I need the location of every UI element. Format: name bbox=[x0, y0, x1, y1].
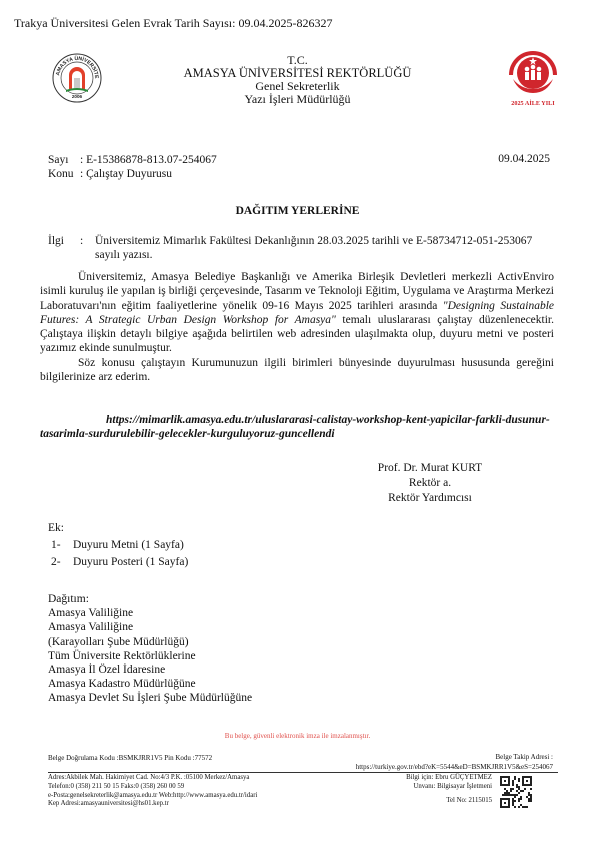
reference: İlgi : Üniversitemiz Mimarlık Fakültesi … bbox=[48, 234, 548, 262]
e-signature-note: Bu belge, güvenli elektronik imza ile im… bbox=[0, 732, 595, 740]
body-paragraph-2: Söz konusu çalıştayın Kurumunuzun ilgili… bbox=[40, 356, 554, 385]
distribution-list: Dağıtım: Amasya Valiliğine Amasya Valili… bbox=[48, 592, 252, 706]
attachment-item: 2-Duyuru Posteri (1 Sayfa) bbox=[48, 554, 188, 571]
distribution-item: Amasya Kadastro Müdürlüğüne bbox=[48, 677, 252, 691]
ilgi-text: Üniversitemiz Mimarlık Fakültesi Dekanlı… bbox=[95, 234, 548, 262]
verification-code: Belge Doğrulama Kodu :BSMKJRR1V5 Pin Kod… bbox=[48, 754, 212, 762]
phone-line: Telefon:0 (358) 211 50 15 Faks:0 (358) 2… bbox=[48, 783, 257, 792]
distribution-item: (Karayolları Şube Müdürlüğü) bbox=[48, 635, 252, 649]
contact-phone: Tel No: 2115015 bbox=[400, 797, 492, 806]
ilgi-colon: : bbox=[80, 234, 95, 262]
sayi-value: : E-15386878-813.07-254067 bbox=[80, 154, 217, 166]
letter-body: Üniversitemiz, Amasya Belediye Başkanlığ… bbox=[40, 270, 554, 384]
attachments: Ek: 1-Duyuru Metni (1 Sayfa) 2-Duyuru Po… bbox=[48, 520, 188, 571]
letterhead: T.C. AMASYA ÜNİVERSİTESİ REKTÖRLÜĞÜ Gene… bbox=[0, 54, 595, 106]
distribution-label: Dağıtım: bbox=[48, 592, 252, 606]
kep-line: Kep Adresi:amasyauniversitesi@hs01.kep.t… bbox=[48, 800, 257, 809]
workshop-web-link[interactable]: https://mimarlik.amasya.edu.tr/uluslarar… bbox=[40, 413, 560, 441]
letterhead-office: Yazı İşleri Müdürlüğü bbox=[0, 93, 595, 106]
addressee-heading: DAĞITIM YERLERİNE bbox=[0, 205, 595, 217]
document-meta: Sayı: E-15386878-813.07-254067 Konu: Çal… bbox=[48, 153, 217, 181]
footer-address: Adres:Akbilek Mah. Hakimiyet Cad. No:4/3… bbox=[48, 774, 257, 809]
footer-divider bbox=[48, 772, 558, 773]
contact-title: Unvanı: Bilgisayar İşletmeni bbox=[400, 783, 492, 792]
body-paragraph-1: Üniversitemiz, Amasya Belediye Başkanlığ… bbox=[40, 270, 554, 356]
distribution-item: Amasya Valiliğine bbox=[48, 606, 252, 620]
signatory-on-behalf: Rektör a. bbox=[360, 476, 500, 491]
attachments-label: Ek: bbox=[48, 520, 188, 537]
konu-label: Konu bbox=[48, 167, 80, 181]
address-line: Adres:Akbilek Mah. Hakimiyet Cad. No:4/3… bbox=[48, 774, 257, 783]
qr-code-icon bbox=[500, 776, 532, 808]
signature-block: Prof. Dr. Murat KURT Rektör a. Rektör Ya… bbox=[360, 461, 500, 506]
attachment-item: 1-Duyuru Metni (1 Sayfa) bbox=[48, 537, 188, 554]
contact-info: Bilgi için: Ebru GÜÇYETMEZ Unvanı: Bilgi… bbox=[400, 774, 492, 805]
tracking-url[interactable]: https://turkiye.gov.tr/ebd?eK=5544&eD=BS… bbox=[356, 762, 553, 772]
document-tracking: Belge Takip Adresi : https://turkiye.gov… bbox=[356, 752, 553, 772]
distribution-item: Amasya İl Özel İdaresine bbox=[48, 663, 252, 677]
distribution-item: Amasya Devlet Su İşleri Şube Müdürlüğüne bbox=[48, 691, 252, 705]
signatory-name: Prof. Dr. Murat KURT bbox=[360, 461, 500, 476]
konu-value: : Çalıştay Duyurusu bbox=[80, 168, 172, 180]
sayi-label: Sayı bbox=[48, 153, 80, 167]
contact-person: Bilgi için: Ebru GÜÇYETMEZ bbox=[400, 774, 492, 783]
distribution-item: Tüm Üniversite Rektörlüklerine bbox=[48, 649, 252, 663]
tracking-label: Belge Takip Adresi : bbox=[356, 752, 553, 762]
ilgi-label: İlgi bbox=[48, 234, 80, 262]
email-web-line[interactable]: e-Posta:genelsekreterlik@amasya.edu.tr W… bbox=[48, 792, 257, 801]
document-date: 09.04.2025 bbox=[498, 153, 550, 165]
distribution-item: Amasya Valiliğine bbox=[48, 620, 252, 634]
signatory-title: Rektör Yardımcısı bbox=[360, 491, 500, 506]
incoming-document-stamp: Trakya Üniversitesi Gelen Evrak Tarih Sa… bbox=[14, 16, 332, 31]
